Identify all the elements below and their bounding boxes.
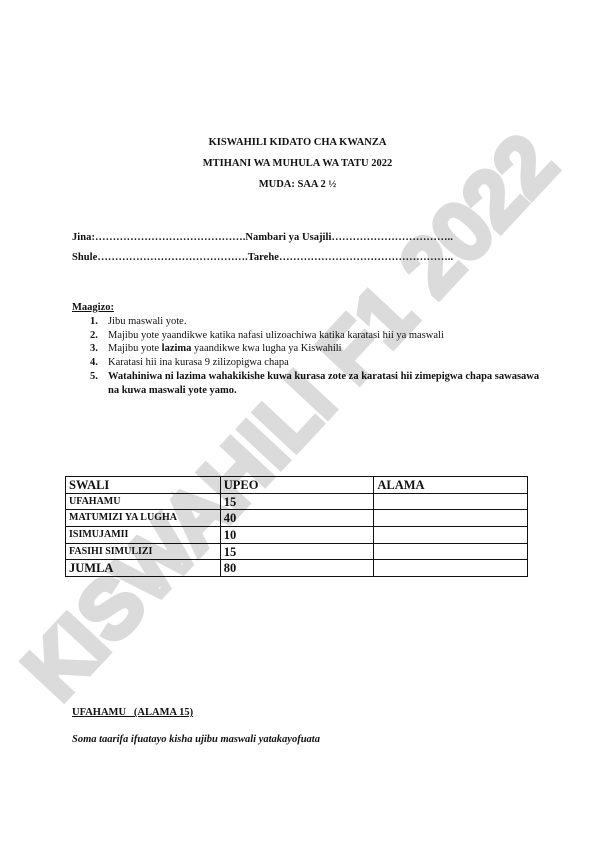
table-row: UFAHAMU 15 [66,493,528,510]
marks-table: SWALI UPEO ALAMA UFAHAMU 15 MATUMIZI YA … [65,476,528,577]
section-heading: UFAHAMU (ALAMA 15) [72,707,193,718]
table-row: MATUMIZI YA LUGHA 40 [66,510,528,527]
table-row: FASIHI SIMULIZI 15 [66,543,528,560]
total-label: JUMLA [66,560,221,577]
exam-duration: MUDA: SAA 2 ½ [0,179,595,190]
row-swali: UFAHAMU [66,493,221,510]
exam-term-title: MTIHANI WA MUHULA WA TATU 2022 [0,158,595,169]
instruction-item: 5. Watahiniwa ni lazima wahakikishe kuwa… [90,370,540,397]
instruction-emphasis: lazima [162,343,192,354]
header-swali: SWALI [66,477,221,494]
instructions-heading: Maagizo: [72,302,114,313]
name-label: Jina: [72,232,95,243]
section-instruction: Soma taarifa ifuatayo kisha ujibu maswal… [72,734,320,745]
table-total-row: JUMLA 80 [66,560,528,577]
row-upeo: 40 [220,510,374,527]
row-alama[interactable] [374,543,528,560]
registration-label: .Nambari ya Usajili [243,232,332,243]
instruction-item: 2. Majibu yote yaandikwe katika nafasi u… [90,329,540,343]
date-label: .Tarehe [245,252,279,263]
school-date-line: Shule…………………………………….Tarehe……………………………………… [72,252,453,263]
instruction-number: 5. [90,370,98,384]
instruction-number: 3. [90,342,98,356]
instruction-text: Karatasi hii ina kurasa 9 zilizopigwa ch… [108,357,289,368]
instruction-text: Majibu yote yaandikwe katika nafasi uliz… [108,330,444,341]
table-row: ISIMUJAMII 10 [66,527,528,544]
registration-field[interactable]: …………………………….. [331,232,452,243]
row-swali: FASIHI SIMULIZI [66,543,221,560]
instruction-text: Jibu maswali yote. [108,316,186,327]
row-swali: MATUMIZI YA LUGHA [66,510,221,527]
row-swali: ISIMUJAMII [66,527,221,544]
header-upeo: UPEO [220,477,374,494]
exam-subject-title: KISWAHILI KIDATO CHA KWANZA [0,137,595,148]
header-alama: ALAMA [374,477,528,494]
name-registration-line: Jina:…………………………………….Nambari ya Usajili……… [72,232,453,243]
table-header-row: SWALI UPEO ALAMA [66,477,528,494]
instruction-text-before: Majibu yote [108,343,162,354]
row-upeo: 15 [220,543,374,560]
school-label: Shule [72,252,97,263]
school-field[interactable]: …………………………………… [97,252,245,263]
row-alama[interactable] [374,510,528,527]
instruction-number: 2. [90,329,98,343]
total-alama[interactable] [374,560,528,577]
instruction-item: 3. Majibu yote lazima yaandikwe kwa lugh… [90,342,540,356]
instruction-item: 1. Jibu maswali yote. [90,315,540,329]
date-field[interactable]: ………………………………………….. [279,252,453,263]
row-upeo: 10 [220,527,374,544]
row-alama[interactable] [374,493,528,510]
instruction-item: 4. Karatasi hii ina kurasa 9 zilizopigwa… [90,356,540,370]
instruction-number: 1. [90,315,98,329]
instruction-number: 4. [90,356,98,370]
instruction-text-after: yaandikwe kwa lugha ya Kiswahili [191,343,341,354]
instruction-text: Watahiniwa ni lazima wahakikishe kuwa ku… [108,371,539,396]
exam-page: KISWAHILI F1 2022 KISWAHILI KIDATO CHA K… [0,0,595,841]
instructions-list: 1. Jibu maswali yote. 2. Majibu yote yaa… [90,315,540,397]
row-alama[interactable] [374,527,528,544]
total-upeo: 80 [220,560,374,577]
row-upeo: 15 [220,493,374,510]
watermark: KISWAHILI F1 2022 [11,121,568,711]
name-field[interactable]: …………………………………… [95,232,243,243]
